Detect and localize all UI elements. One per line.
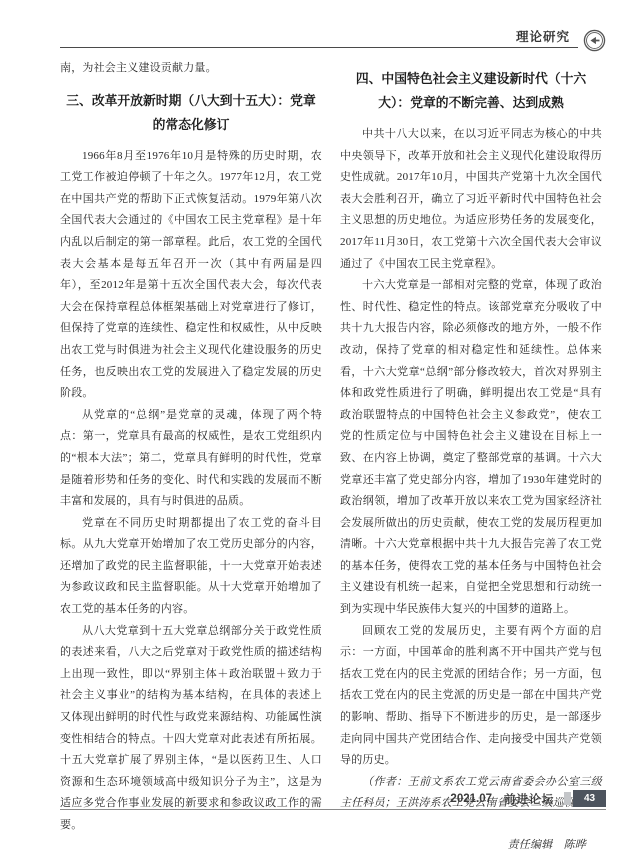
- left-column: 南，为社会主义建设贡献力量。 三、改革开放新时期（八大到十五大）：党章的常态化修…: [60, 58, 322, 774]
- body-paragraph: 1966年8月至1976年10月是特殊的历史时期，农工党工作被迫停顿了十年之久。…: [60, 146, 322, 405]
- body-paragraph: 十六大党章是一部相对完整的党章，体现了政治性、时代性、稳定性的特点。该部党章充分…: [340, 275, 602, 621]
- circled-left-arrow-icon: [583, 29, 606, 52]
- journal-page: { "header": { "label": "理论研究", "icon": "…: [0, 0, 638, 856]
- body-paragraph: 中共十八大以来，在以习近平同志为核心的中共中央领导下，改革开放和社会主义现代化建…: [340, 124, 602, 275]
- body-paragraph: 从党章的“总纲”是党章的灵魂，体现了两个特点：第一，党章具有最高的权威性，是农工…: [60, 405, 322, 513]
- footer-meta: 2021.07 前进论坛 43: [450, 790, 606, 807]
- lead-paragraph: 南，为社会主义建设贡献力量。: [60, 58, 322, 80]
- article-body: 南，为社会主义建设贡献力量。 三、改革开放新时期（八大到十五大）：党章的常态化修…: [60, 58, 602, 774]
- issue-date: 2021.07: [450, 793, 492, 805]
- page-header: 理论研究: [60, 24, 606, 48]
- header-rule: [60, 47, 578, 48]
- body-paragraph: 党章在不同历史时期都提出了农工党的奋斗目标。从九大党章开始增加了农工党历史部分的…: [60, 513, 322, 621]
- page-footer: 2021.07 前进论坛 43: [60, 790, 606, 812]
- section-heading-3: 三、改革开放新时期（八大到十五大）：党章的常态化修订: [66, 89, 316, 137]
- section-heading-4: 四、中国特色社会主义建设新时代（十六大）：党章的不断完善、达到成熟: [346, 67, 596, 115]
- editor-credit: 责任编辑 陈晔: [340, 835, 602, 856]
- page-badge-strip: [564, 792, 571, 805]
- right-column: 四、中国特色社会主义建设新时代（十六大）：党章的不断完善、达到成熟 中共十八大以…: [340, 58, 602, 774]
- journal-title: 前进论坛: [504, 791, 554, 807]
- body-paragraph: 回顾农工党的发展历史，主要有两个方面的启示：一方面，中国革命的胜利离不开中国共产…: [340, 621, 602, 772]
- page-number-badge: 43: [573, 790, 606, 807]
- footer-rule: [60, 809, 606, 810]
- column-section-label: 理论研究: [516, 27, 570, 45]
